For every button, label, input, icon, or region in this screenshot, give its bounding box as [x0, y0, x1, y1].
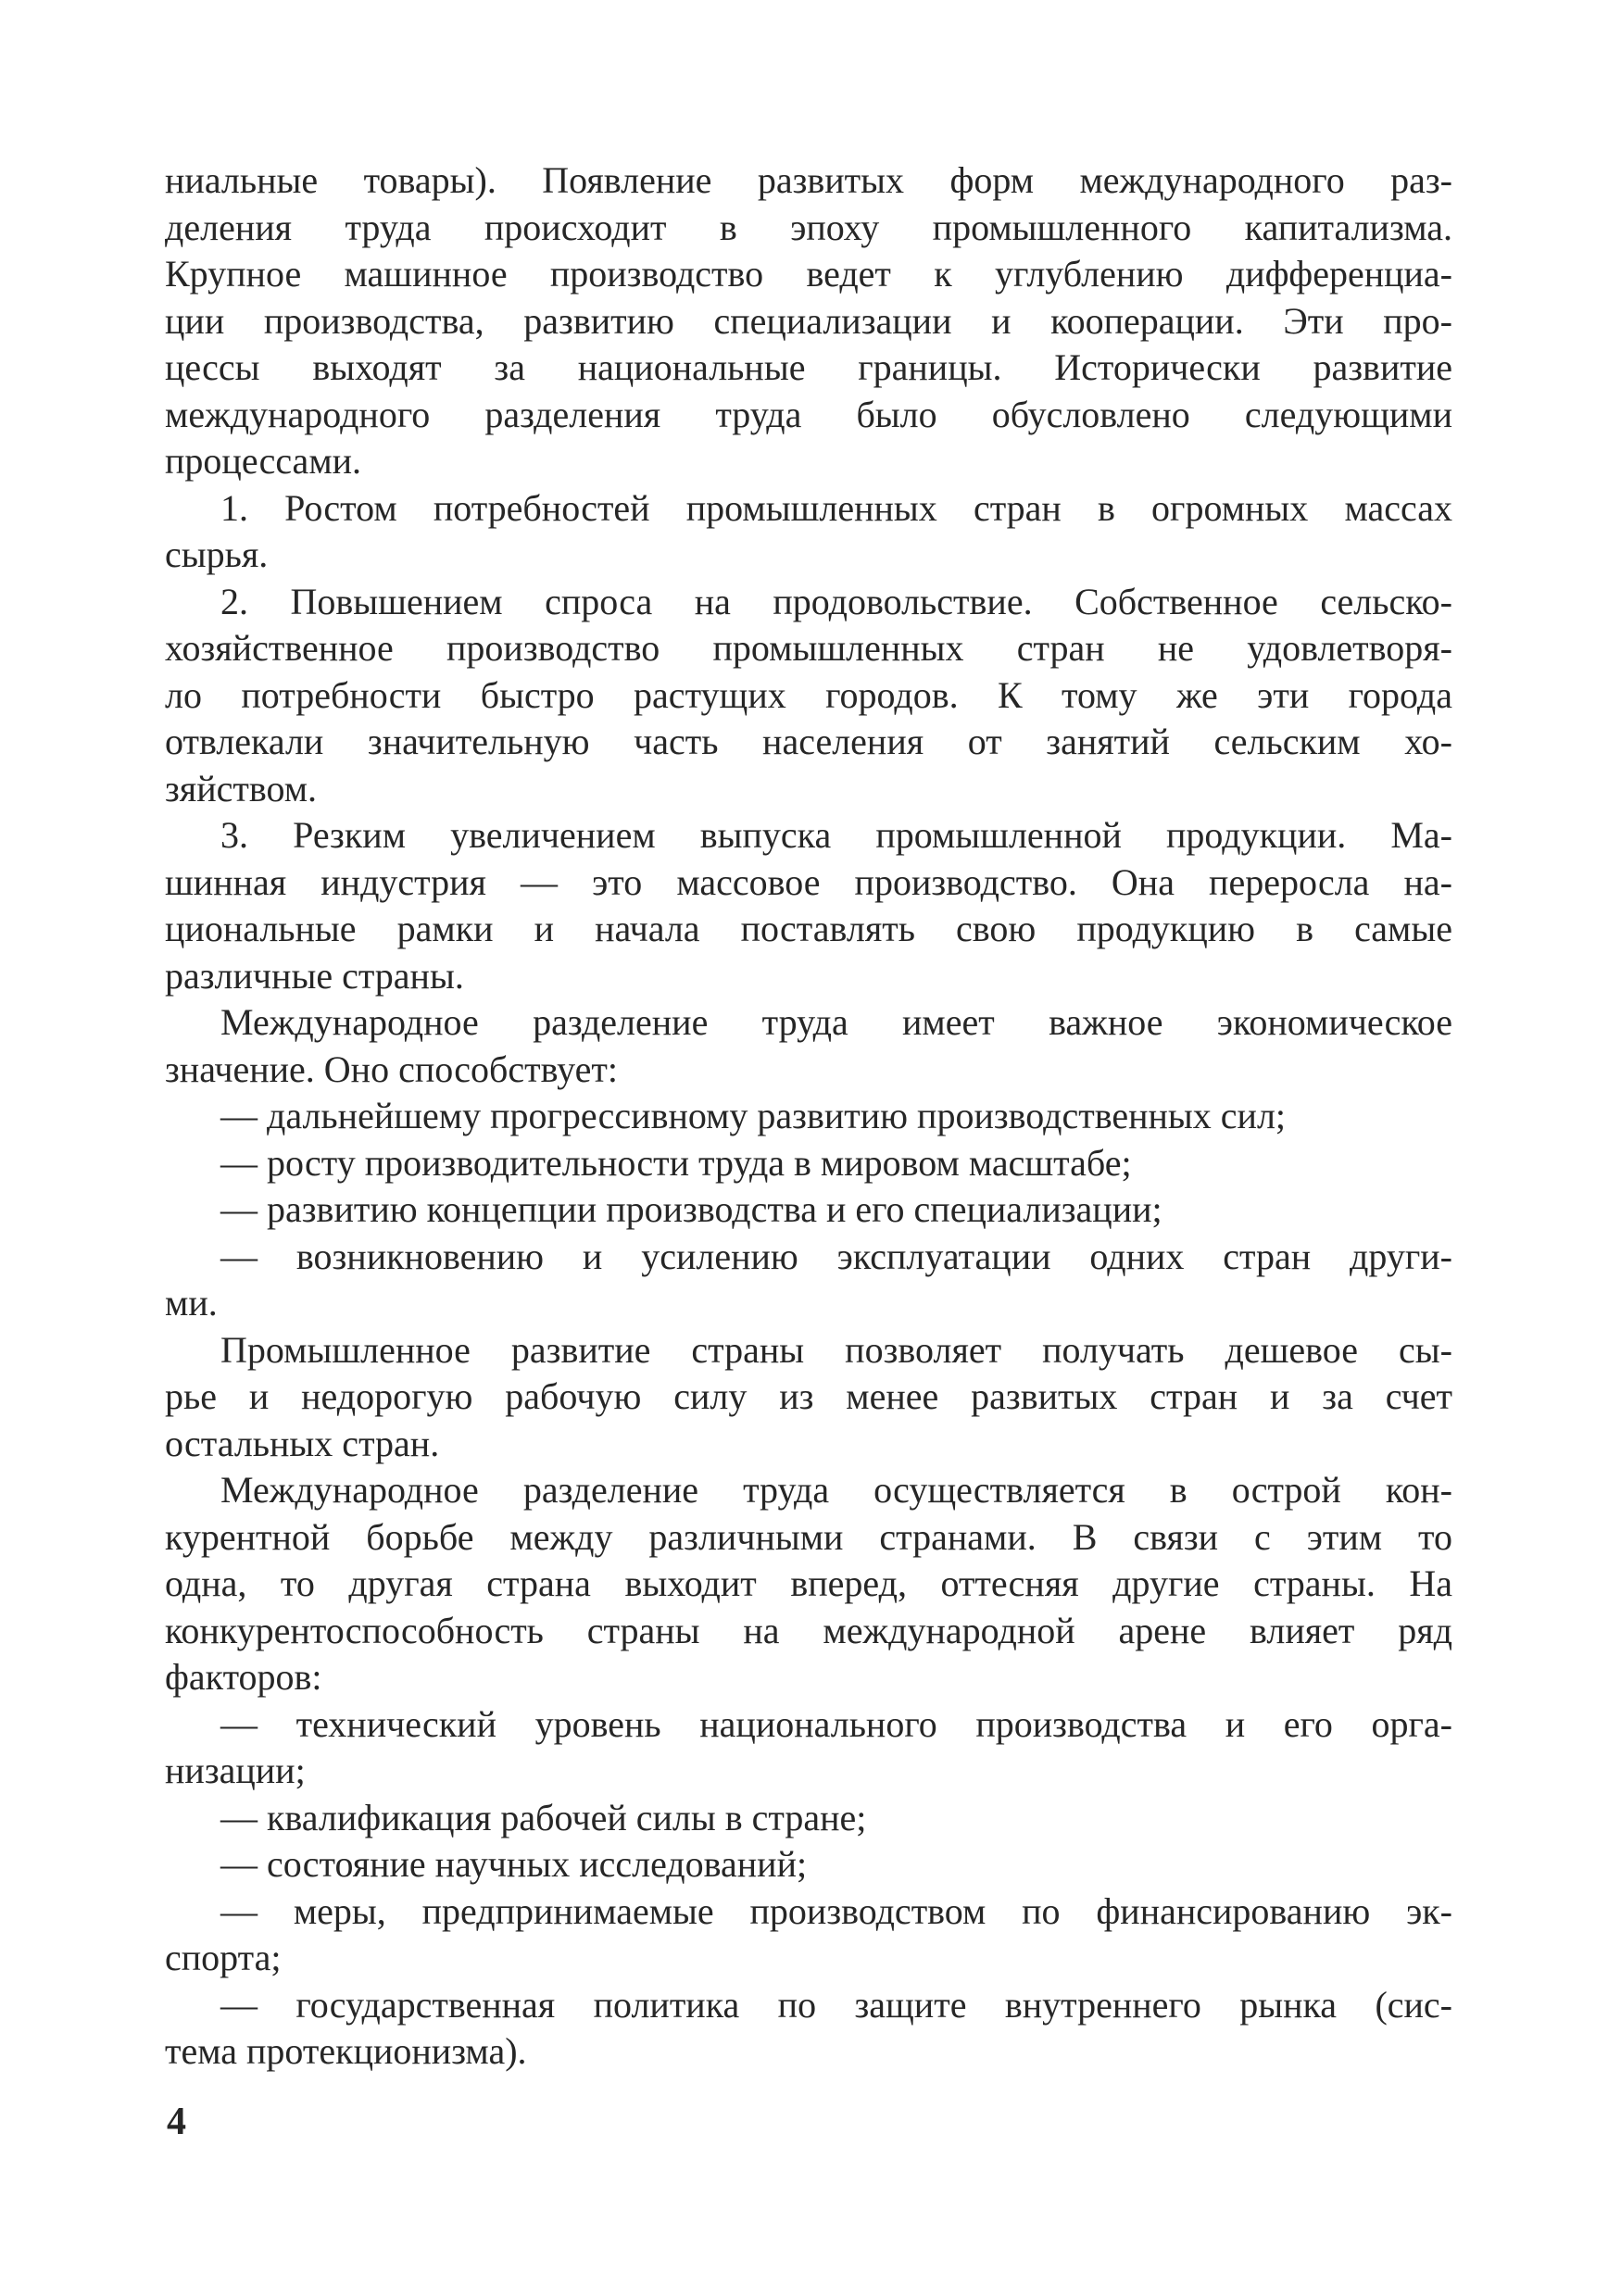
text-line: — состояние научных исследований; [165, 1841, 1452, 1888]
document-page: ниальные товары). Появление развитых фор… [0, 0, 1621, 2296]
text-line: тема протекционизма). [165, 2028, 1452, 2076]
text-line: спорта; [165, 1935, 1452, 1982]
text-line: Промышленное развитие страны позволяет п… [165, 1327, 1452, 1374]
page-text: ниальные товары). Появление развитых фор… [165, 157, 1452, 2076]
text-line: остальных стран. [165, 1421, 1452, 1468]
text-line: шинная индустрия — это массовое производ… [165, 859, 1452, 907]
text-line: Международное разделение труда имеет важ… [165, 999, 1452, 1047]
text-line: сырья. [165, 532, 1452, 579]
text-line: — росту производительности труда в миров… [165, 1140, 1452, 1187]
text-line: — развитию концепции производства и его … [165, 1186, 1452, 1234]
text-line: Международное разделение труда осуществл… [165, 1467, 1452, 1514]
text-line: отвлекали значительную часть населения о… [165, 719, 1452, 766]
text-line: международного разделения труда было обу… [165, 392, 1452, 439]
text-line: процессами. [165, 438, 1452, 485]
text-line: ции производства, развитию специализации… [165, 298, 1452, 345]
text-line: низации; [165, 1748, 1452, 1795]
text-line: — возникновению и усилению эксплуатации … [165, 1234, 1452, 1281]
text-line: зяйством. [165, 766, 1452, 813]
text-line: циональные рамки и начала поставлять сво… [165, 906, 1452, 953]
text-line: курентной борьбе между различными страна… [165, 1514, 1452, 1562]
text-line: значение. Оно способствует: [165, 1047, 1452, 1094]
text-line: цессы выходят за национальные границы. И… [165, 345, 1452, 392]
text-line: хозяйственное производство промышленных … [165, 625, 1452, 672]
text-line: факторов: [165, 1654, 1452, 1701]
text-line: конкурентоспособность страны на междунар… [165, 1608, 1452, 1655]
text-line: ниальные товары). Появление развитых фор… [165, 157, 1452, 205]
text-line: Крупное машинное производство ведет к уг… [165, 251, 1452, 298]
text-line: деления труда происходит в эпоху промышл… [165, 205, 1452, 252]
text-line: рье и недорогую рабочую силу из менее ра… [165, 1374, 1452, 1421]
text-line: 1. Ростом потребностей промышленных стра… [165, 485, 1452, 533]
text-line: — государственная политика по защите вну… [165, 1982, 1452, 2029]
text-line: одна, то другая страна выходит вперед, о… [165, 1561, 1452, 1608]
text-line: ми. [165, 1280, 1452, 1327]
text-line: — дальнейшему прогрессивному развитию пр… [165, 1093, 1452, 1140]
text-line: — технический уровень национального прои… [165, 1701, 1452, 1749]
page-number: 4 [167, 2099, 186, 2145]
text-line: 3. Резким увеличением выпуска промышленн… [165, 812, 1452, 859]
text-line: различные страны. [165, 953, 1452, 1000]
text-line: — меры, предпринимаемые производством по… [165, 1888, 1452, 1936]
text-line: — квалификация рабочей силы в стране; [165, 1795, 1452, 1842]
text-line: 2. Повышением спроса на продовольствие. … [165, 579, 1452, 626]
text-line: ло потребности быстро растущих городов. … [165, 672, 1452, 720]
